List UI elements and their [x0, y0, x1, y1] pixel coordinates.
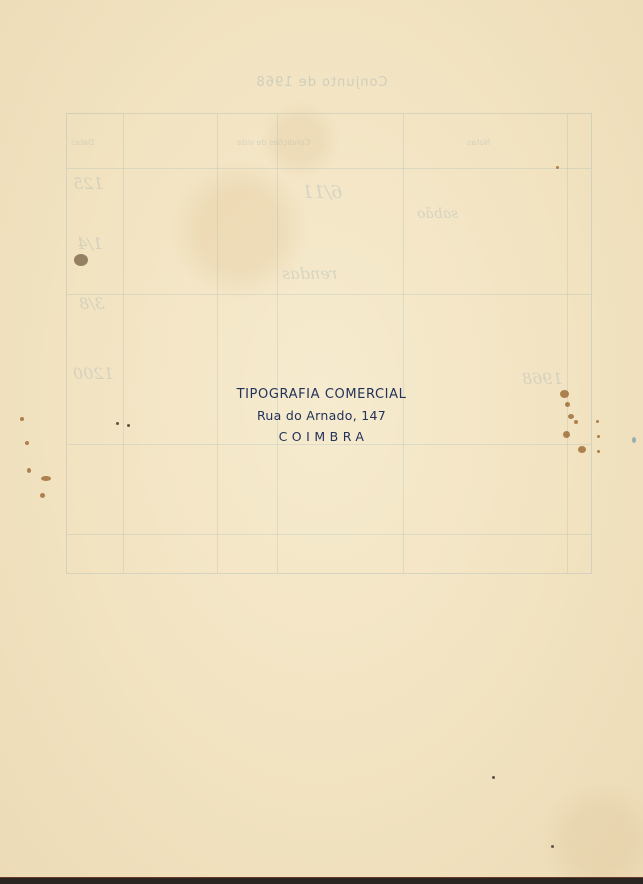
stain-mark: [492, 776, 495, 779]
ghost-handwriting: 1/4: [77, 234, 103, 253]
bleed-through-title: Conjunto de 1968: [0, 75, 643, 90]
ghost-rule: [67, 168, 591, 169]
ghost-rule: [67, 534, 591, 535]
ghost-header: Notas: [467, 138, 490, 147]
stain-mark: [578, 446, 586, 453]
ghost-handwriting: 1200: [73, 364, 114, 383]
ghost-handwriting: 6/11: [302, 182, 342, 203]
ghost-rule: [277, 114, 278, 573]
stain-mark: [41, 476, 51, 481]
printer-imprint: TIPOGRAFIA COMERCIAL Rua do Arnado, 147 …: [0, 384, 643, 447]
ghost-handwriting: sabão: [417, 206, 458, 222]
bleed-through-table: Datas Condições de vida Notas 6/11 sabão…: [66, 113, 592, 574]
stain-mark: [556, 166, 559, 169]
ghost-rule: [217, 114, 218, 573]
printer-address: Rua do Arnado, 147: [0, 405, 643, 426]
ghost-rule: [67, 294, 591, 295]
stain-mark: [597, 450, 600, 453]
ghost-rule: [403, 114, 404, 573]
stain-mark: [40, 493, 45, 498]
ghost-handwriting: 125: [73, 174, 104, 193]
ghost-header: Condições de vida: [237, 138, 310, 147]
ghost-rule: [123, 114, 124, 573]
stain-mark: [74, 254, 88, 266]
ghost-header: Datas: [71, 138, 94, 147]
document-page: Conjunto de 1968 Datas Condições de vida…: [0, 0, 643, 877]
printer-name: TIPOGRAFIA COMERCIAL: [0, 384, 643, 405]
ghost-handwriting: rendas: [282, 264, 337, 283]
scan-bottom-edge: [0, 877, 643, 884]
printer-city: COIMBRA: [0, 426, 643, 447]
stain-mark: [551, 845, 554, 848]
ghost-rule: [567, 114, 568, 573]
ghost-handwriting: 3/8: [79, 294, 105, 313]
stain-mark: [27, 468, 31, 473]
